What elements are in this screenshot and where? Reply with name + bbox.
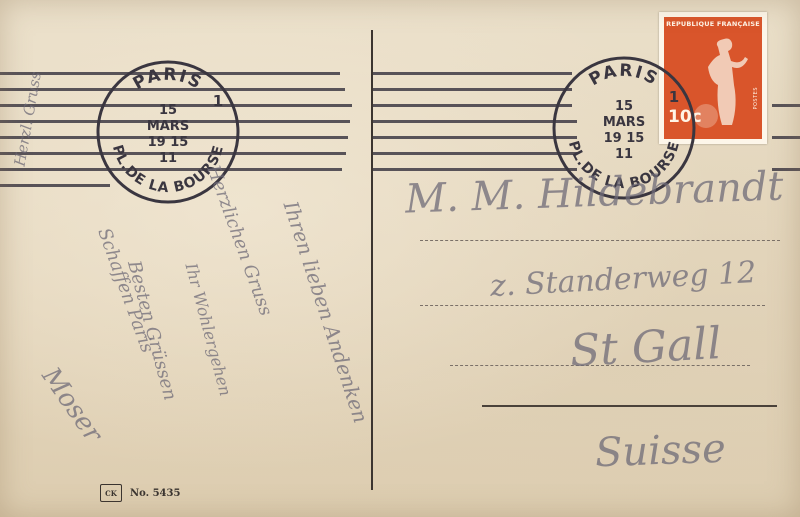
postmark-left-month: MARS [147, 119, 189, 134]
center-divider [371, 30, 373, 490]
postmark-right-city: PARIS [586, 61, 662, 90]
address-country: Suisse [594, 426, 726, 477]
postmark-right-day: 15 [615, 99, 633, 114]
publisher-logo: CK [100, 484, 122, 502]
address-city: St Gall [569, 318, 723, 377]
svg-text:PARIS: PARIS [586, 61, 662, 90]
publisher-number: No. 5435 [130, 488, 180, 499]
postmark-left-number: 1 [213, 92, 223, 110]
address-line-1 [420, 240, 780, 242]
stamp-header: REPUBLIQUE FRANÇAISE [664, 20, 762, 28]
address-line-2 [420, 305, 765, 307]
svg-text:PARIS: PARIS [130, 65, 206, 94]
message-line-3: Ihr Wohlergehen [181, 261, 235, 398]
sower-figure-icon [694, 31, 754, 136]
message-signature: Moser [36, 362, 108, 448]
postmark-left-city: PARIS [130, 65, 206, 94]
postmark-left-year: 19 15 [148, 135, 189, 150]
postmark-right-year: 19 15 [604, 131, 645, 146]
address-street: z. Standerweg 12 [489, 255, 757, 304]
publisher-mark: CK No. 5435 [100, 484, 180, 502]
postmark-right-month: MARS [603, 115, 645, 130]
postmark-right-number: 1 [669, 88, 679, 106]
postmark-left-hour: 11 [159, 151, 177, 166]
stamp-side-label: POSTES [753, 87, 759, 110]
address-line-4 [482, 405, 777, 408]
postmark-left-day: 15 [159, 103, 177, 118]
message-line-1: Ihren lieben Andenken [279, 198, 373, 426]
postmark-right-hour: 11 [615, 147, 633, 162]
postcard: REPUBLIQUE FRANÇAISE 10c POSTES PARIS PL… [0, 0, 800, 517]
